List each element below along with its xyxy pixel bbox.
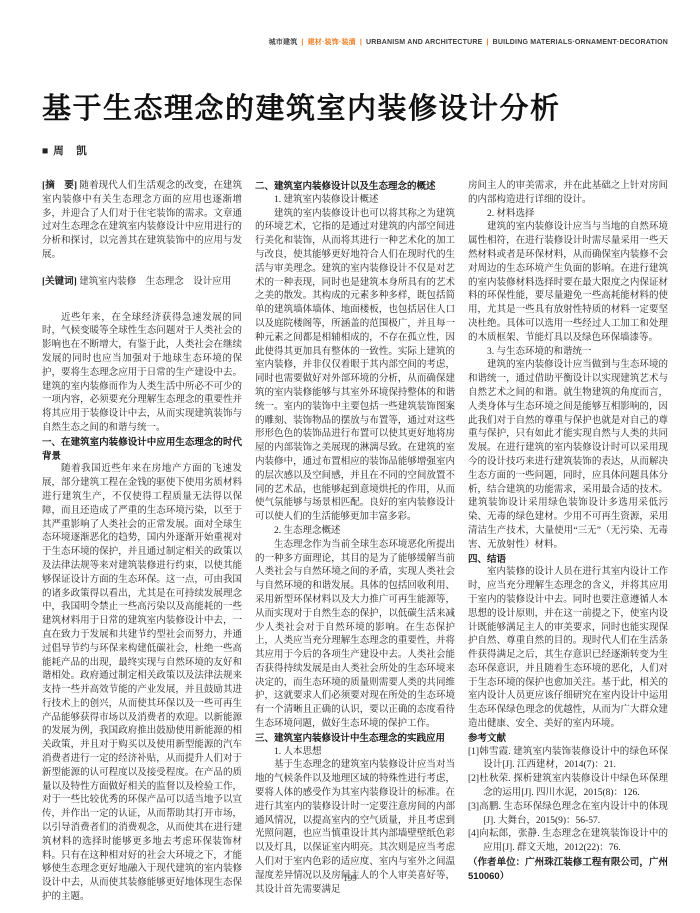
reference-item: [4]向耘郎，张静. 生态理念在建筑装饰设计中的应用[J]. 群文天地，2012… (468, 828, 668, 856)
conclusion-paragraph: 室内装修的设计人员在进行其室内设计工作时，应当充分理解生态理念的含义，并将其应用… (468, 566, 668, 732)
journal-section-cn: 建材·装饰·装潢 (308, 39, 356, 46)
author-name: 周 凯 (53, 145, 88, 157)
subsection-2-1-paragraph: 建筑的室内装修设计也可以将其称之为建筑的环境艺术，它指的是通过对建筑的内部空间进… (255, 208, 455, 525)
journal-header: 城市建筑|建材·装饰·装潢|URBANISM AND ARCHITECTURE|… (269, 37, 668, 47)
subsection-heading-3-1: 1. 人本思想 (255, 746, 455, 760)
subsection-3-1-continuation: 房间主人的审美需求，并在此基础之上针对房间的内部构造进行详细的设计。 (468, 180, 668, 208)
header-separator-icon: | (487, 39, 489, 46)
subsection-heading-3-3: 3. 与生态环境的和谐统一 (468, 346, 668, 360)
references-heading: 参考文献 (468, 732, 668, 746)
subsection-3-3-paragraph: 建筑的室内装修设计应当做到与生态环境的和谐统一，通过借助平衡设计以实现建筑艺术与… (468, 359, 668, 552)
intro-paragraph: 近些年来，在全球经济获得急速发展的同时，气候变暖等全球性生态问题对于人类社会的影… (42, 312, 242, 436)
journal-page: 城市建筑|建材·装饰·装潢|URBANISM AND ARCHITECTURE|… (0, 0, 700, 913)
author-marker-icon: ■ (42, 145, 49, 157)
reference-item: [1]韩雪霞. 建筑室内装饰装修设计中的绿色环保设计[J]. 江西建材，2014… (468, 746, 668, 774)
column-1: [摘 要] 随着现代人们生活观念的改变，在建筑室内装修中有关生态理念方面的应用也… (42, 180, 242, 905)
abstract-label: [摘 要] (42, 181, 77, 191)
section-1-paragraph: 随着我国近些年来在房地产方面的飞速发展，部分建筑工程在金钱的驱使下使用劣质材料进… (42, 463, 242, 905)
subsection-heading-2-1: 1. 建筑室内装修设计概述 (255, 194, 455, 208)
header-separator-icon: | (360, 39, 362, 46)
article-title: 基于生态理念的建筑室内装修设计分析 (42, 86, 561, 127)
subsection-heading-2-2: 2. 生态理念概述 (255, 525, 455, 539)
section-heading-2: 二、建筑室内装修设计以及生态理念的概述 (255, 180, 455, 194)
keywords-label: [关键词] (42, 277, 77, 287)
subsection-3-2-paragraph: 建筑的室内装修设计应当与当地的自然环境属性相符，在进行装修设计时需尽量采用一些天… (468, 221, 668, 345)
abstract-text: 随着现代人们生活观念的改变，在建筑室内装修中有关生态理念方面的应用也逐渐增多，并… (42, 181, 242, 260)
keywords: [关键词] 建筑室内装修 生态理念 设计应用 (42, 276, 242, 290)
section-heading-3: 三、建筑室内装修设计中生态理念的实践应用 (255, 732, 455, 746)
subsection-2-2-paragraph: 生态理念作为当前全球生态环境恶化所提出的一种多方面理论，其目的是为了能够缓解当前… (255, 539, 455, 732)
abstract: [摘 要] 随着现代人们生活观念的改变，在建筑室内装修中有关生态理念方面的应用也… (42, 180, 242, 263)
journal-name-en: URBANISM AND ARCHITECTURE (366, 39, 482, 46)
author-line: ■ 周 凯 (42, 143, 88, 158)
column-2: 二、建筑室内装修设计以及生态理念的概述 1. 建筑室内装修设计概述 建筑的室内装… (255, 180, 455, 897)
reference-item: [3]高鹏. 生态环保绿色理念在室内设计中的体现[J]. 大舞台，2015(9)… (468, 801, 668, 829)
journal-section-en: BUILDING MATERIALS·ORNAMENT·DECORATION (493, 39, 668, 46)
page-number: 199 (0, 873, 700, 883)
column-3: 房间主人的审美需求，并在此基础之上针对房间的内部构造进行详细的设计。 2. 材料… (468, 180, 668, 884)
references-list: [1]韩雪霞. 建筑室内装饰装修设计中的绿色环保设计[J]. 江西建材，2014… (468, 746, 668, 856)
section-heading-1: 一、在建筑室内装修设计中应用生态理念的时代背景 (42, 436, 242, 464)
journal-name-cn: 城市建筑 (269, 39, 298, 46)
article-body: [摘 要] 随着现代人们生活观念的改变，在建筑室内装修中有关生态理念方面的应用也… (42, 180, 668, 905)
keywords-text: 建筑室内装修 生态理念 设计应用 (79, 277, 231, 287)
section-heading-4: 四、结语 (468, 553, 668, 567)
subsection-heading-3-2: 2. 材料选择 (468, 208, 668, 222)
header-separator-icon: | (301, 39, 303, 46)
reference-item: [2]杜秋荣. 探析建筑室内装修设计中绿色环保理念的运用[J]. 四川水泥，20… (468, 773, 668, 801)
